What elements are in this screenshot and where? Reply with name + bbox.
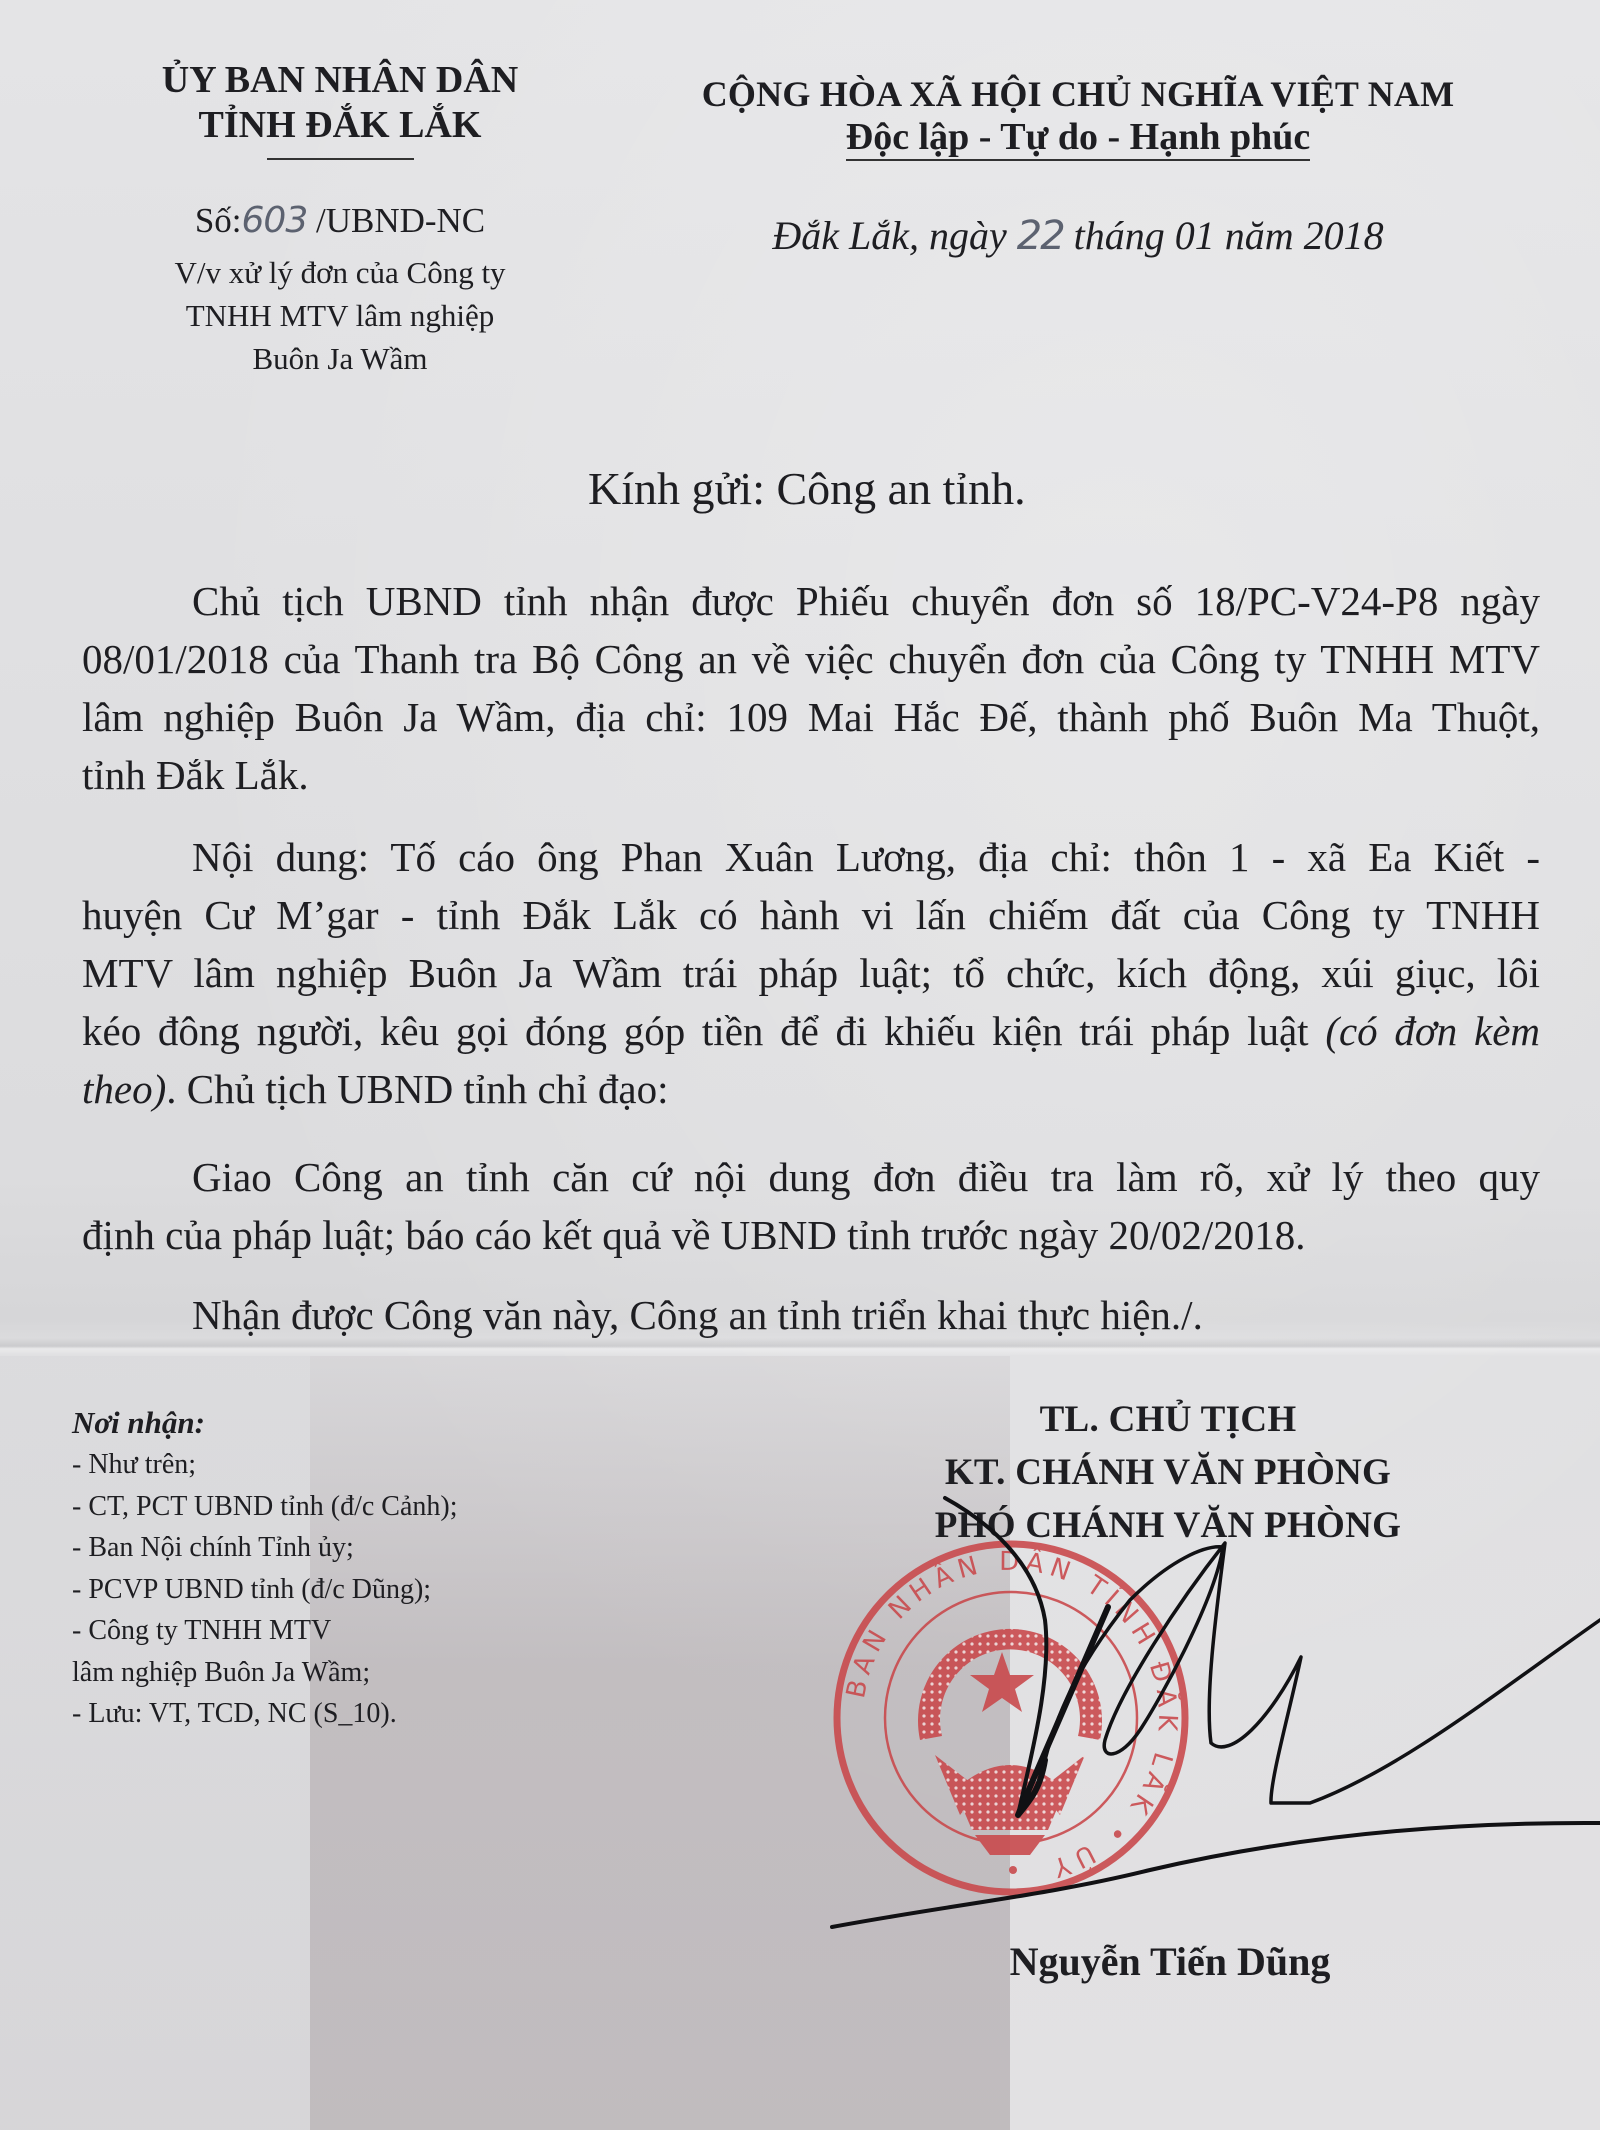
signer-name: Nguyễn Tiến Dũng — [860, 1938, 1480, 1985]
stamp-and-signature: BAN NHÂN DÂN TỈNH ĐẮK LẮK • ỦY — [0, 0, 1600, 2130]
emblem-star-icon — [970, 1652, 1034, 1712]
